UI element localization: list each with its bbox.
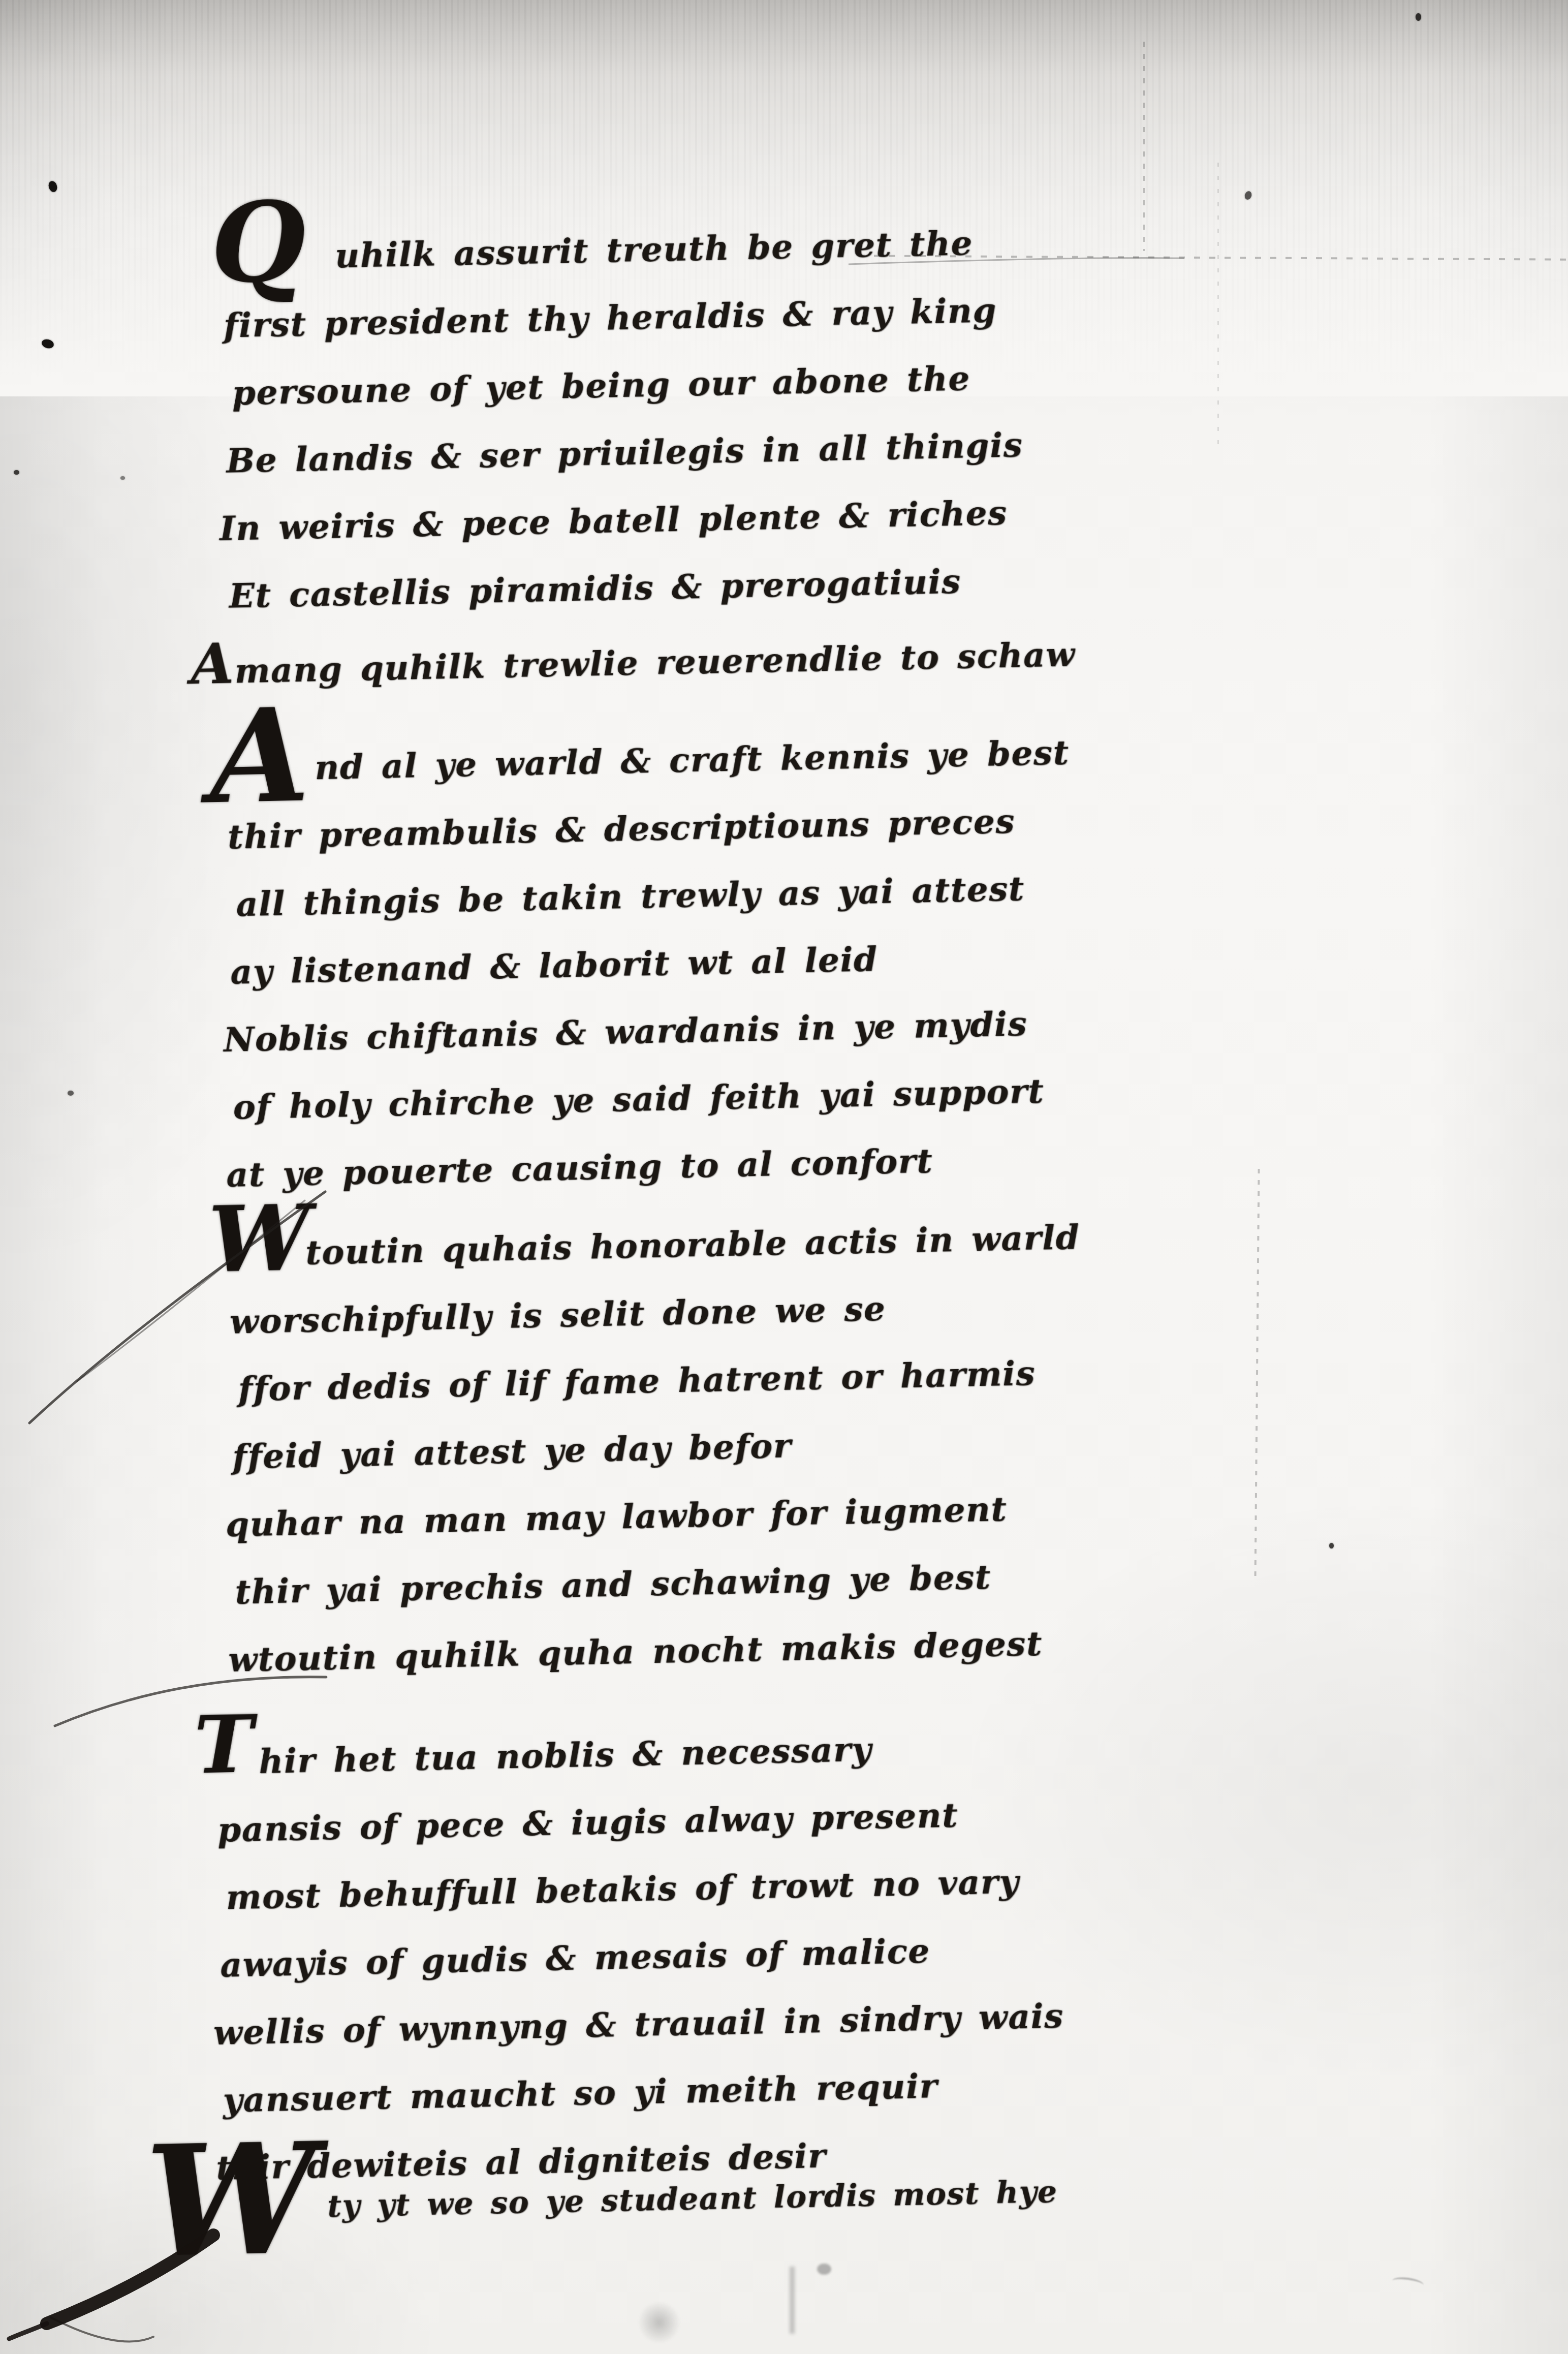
- manuscript-stanza-1: Q uhilk assurit treuth be gret thefirst …: [213, 207, 1076, 705]
- vertical-crease-line: [1217, 163, 1219, 447]
- ink-blot: [120, 476, 125, 480]
- manuscript-page-scan: Q uhilk assurit treuth be gret thefirst …: [0, 0, 1568, 2354]
- manuscript-stanza-3: W toutin quhais honorable actis in warld…: [219, 1203, 1088, 1694]
- ink-smudge: [790, 2267, 795, 2334]
- stanza-lines: hir het tua noblis & necessarypansis of …: [207, 1712, 1067, 2202]
- ink-smudge: [817, 2264, 831, 2275]
- ink-smudge: [638, 2301, 681, 2344]
- stanza-lines: toutin quhais honorable actis in warldwo…: [219, 1203, 1088, 1694]
- manuscript-stanza-4: T hir het tua noblis & necessarypansis o…: [207, 1712, 1067, 2202]
- vertical-crease-line: [1143, 42, 1145, 251]
- manuscript-stanza-2: A nd al ye warld & craft kennis ye bestt…: [217, 719, 1078, 1209]
- ink-blot: [68, 1091, 74, 1096]
- stanza-lines: nd al ye warld & craft kennis ye bestthi…: [217, 719, 1078, 1209]
- ink-blot: [14, 470, 19, 475]
- ink-blot: [1416, 13, 1421, 21]
- stanza-lines: uhilk assurit treuth be gret thefirst pr…: [213, 207, 1076, 705]
- ink-blot: [1329, 1543, 1334, 1548]
